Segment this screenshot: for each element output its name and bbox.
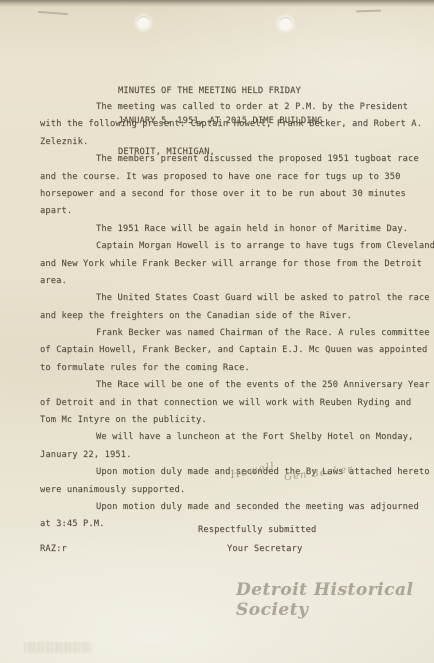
staple-mark-left (38, 11, 68, 15)
typed-line: with the following present: Captain Howe… (40, 116, 430, 133)
scanned-document-page: MINUTES OF THE MEETING HELD FRIDAY JANUA… (0, 0, 434, 663)
page-top-shadow (0, 0, 434, 7)
typed-line: Zeleznik. (40, 134, 430, 151)
typist-initials: RAZ:r (40, 544, 67, 554)
typed-line: The members present discussed the propos… (40, 151, 430, 168)
typed-line: Frank Becker was named Chairman of the R… (40, 325, 430, 342)
typed-line: Tom Mc Intyre on the publicity. (40, 412, 430, 429)
typed-line: and New York while Frank Becker will arr… (40, 256, 430, 273)
punch-hole-right (279, 17, 292, 30)
typed-line: The meeting was called to order at 2 P.M… (40, 99, 430, 116)
typed-line: of Captain Howell, Frank Becker, and Cap… (40, 342, 430, 359)
typed-line: apart. (40, 203, 430, 220)
closing-respectfully: Respectfully submitted (198, 525, 316, 535)
detroit-historical-society-watermark: Detroit Historical Society (236, 580, 434, 620)
typed-line: The 1951 Race will be again held in hono… (40, 221, 430, 238)
typed-line: were unanimously supported. (40, 482, 430, 499)
title-line: MINUTES OF THE MEETING HELD FRIDAY (118, 86, 322, 96)
typed-line: We will have a luncheon at the Fort Shel… (40, 429, 430, 446)
typed-line: to formulate rules for the coming Race. (40, 360, 430, 377)
punch-hole-left (137, 16, 150, 29)
typed-line: January 22, 1951. (40, 447, 430, 464)
typed-line: of Detroit and in that connection we wil… (40, 395, 430, 412)
typed-line: area. (40, 273, 430, 290)
typed-line: and the course. It was proposed to have … (40, 169, 430, 186)
typed-line: The Race will be one of the events of th… (40, 377, 430, 394)
staple-mark-right (356, 10, 381, 13)
typed-line: horsepower and a second for those over i… (40, 186, 430, 203)
typed-line: and keep the freighters on the Canadian … (40, 308, 430, 325)
closing-secretary: Your Secretary (227, 544, 302, 554)
typed-line: Upon motion duly made and seconded the m… (40, 499, 430, 516)
typed-line: The United States Coast Guard will be as… (40, 290, 430, 307)
bleed-through-mark (24, 642, 92, 653)
typed-line: Captain Morgan Howell is to arrange to h… (40, 238, 430, 255)
